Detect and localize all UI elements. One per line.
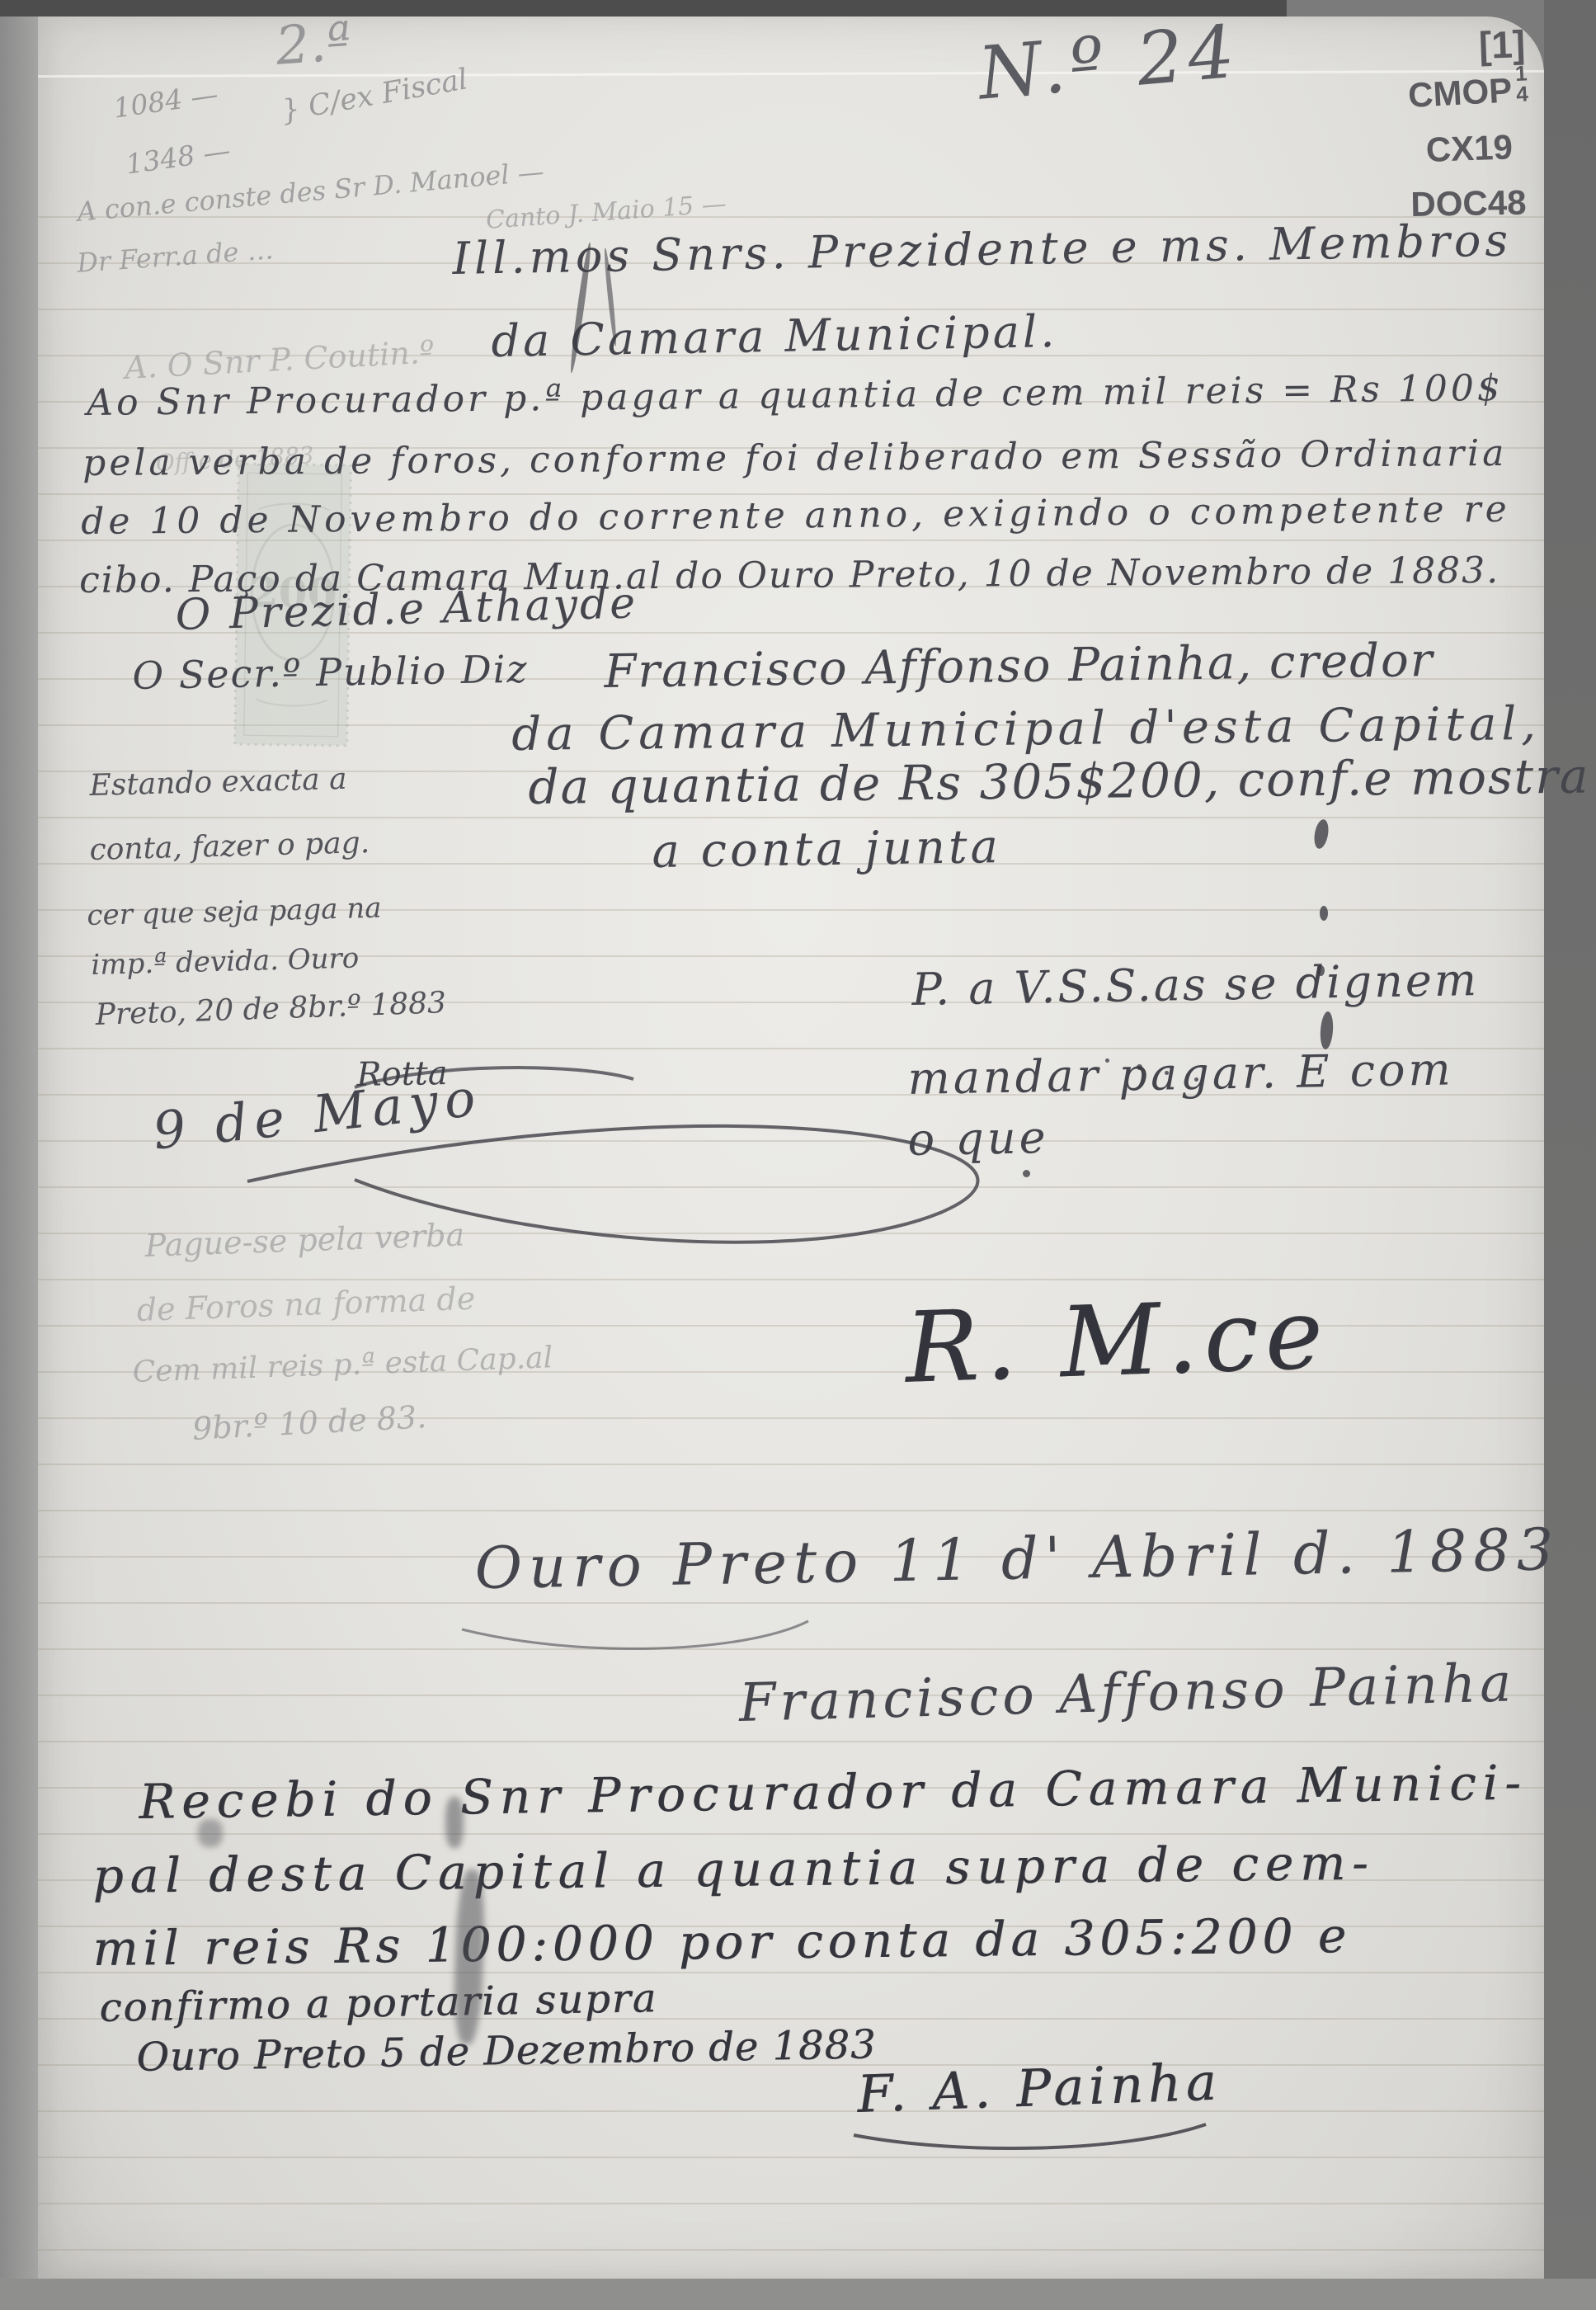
ink-blot xyxy=(1317,965,1325,976)
scanner-bottom-edge xyxy=(0,2279,1596,2310)
scanner-right-edge xyxy=(1544,0,1596,2310)
collection-label: CMOP xyxy=(1407,70,1513,115)
petition-line-4: a conta junta xyxy=(652,820,1001,879)
ink-smudge xyxy=(445,1797,464,1848)
ink-spatter-dot xyxy=(1105,1058,1109,1063)
classifier-mark: 2.ª xyxy=(274,12,353,78)
petition-close-1: P. a V.S.S.as se dignem xyxy=(911,954,1480,1016)
margin-note-line-4: imp.ª devida. Ouro xyxy=(91,941,360,981)
scanner-left-edge xyxy=(0,0,38,2310)
ink-spatter-dot xyxy=(1137,1064,1142,1070)
ink-smudge xyxy=(198,1819,223,1847)
despacho-secretary-signature: O Secr.º Publio Diz xyxy=(132,647,529,698)
receipt-line-4: confirmo a portaria supra xyxy=(99,1975,658,2031)
ink-blot xyxy=(1320,906,1328,921)
petition-line-3: da quantia de Rs 305$200, conf.e mostra xyxy=(528,748,1590,815)
petition-close-2: mandar pagar. E com xyxy=(907,1043,1454,1105)
receipt-signature: F. A. Painha xyxy=(856,2052,1222,2124)
archival-box-code: CX19 xyxy=(1425,127,1514,170)
petition-respond-mark: R. M.ce xyxy=(903,1276,1331,1405)
petition-close-3: o que xyxy=(907,1111,1049,1166)
ink-spatter-dot xyxy=(1194,1077,1198,1082)
ink-spatter-dot xyxy=(1165,1071,1169,1075)
fraction-denominator: 4 xyxy=(1516,83,1529,104)
margin-note-line-1: Estando exacta a xyxy=(89,762,347,803)
scanner-top-edge xyxy=(0,0,1287,16)
archival-collection-code: CMOP14 xyxy=(1407,69,1529,116)
ink-spatter-dot xyxy=(1023,1170,1030,1177)
collection-fraction: 14 xyxy=(1514,63,1528,104)
